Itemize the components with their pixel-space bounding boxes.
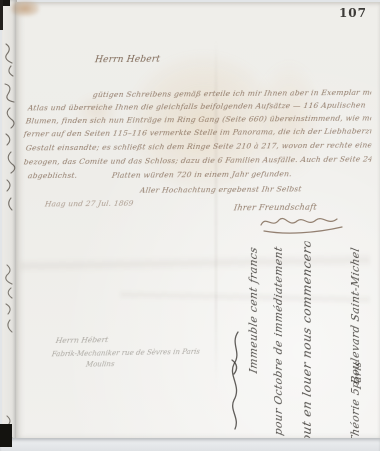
vertical-ink-flourish [226,330,246,432]
letter-center-line: Platten würden 720 in einem Jahr gefunde… [111,169,312,180]
letter-postscript: abgeblichst. [27,171,98,181]
address-note-city: Moulins [85,359,167,368]
vertical-note-line: tout en louer nous commencerons [300,240,314,449]
letter-dateline: Haag und 27 Jul. 1869 [44,198,160,208]
vertical-note-line: pour Octobre de immédiatement [273,244,285,437]
letter-valediction: Ihrer Freundschaft [233,202,334,213]
scan-bottom-page-edge [0,438,380,451]
cutoff-handwriting-mid [3,262,17,337]
vertical-note-address: Théorie 5 Boulevard Saint-Michel [350,234,362,445]
letter-salutation: Herrn Hebert [94,55,160,66]
folio-number: 107 [339,6,367,20]
cutoff-handwriting-top [3,40,17,220]
adjacent-page-strip [2,0,17,440]
signature-flourish [258,212,346,236]
letter-closing-line: Aller Hochachtung ergebenst Ihr Selbst [139,184,325,195]
vertical-note-line: Immeuble cent francs [248,232,260,375]
scan-black-edge-left [0,0,3,30]
scanned-letter-page: 107 Herrn Hebert gütigen Schreibens gemä… [0,0,380,451]
scan-black-corner-bottom-left [0,424,12,447]
vertical-note-city: Paris [353,346,364,390]
